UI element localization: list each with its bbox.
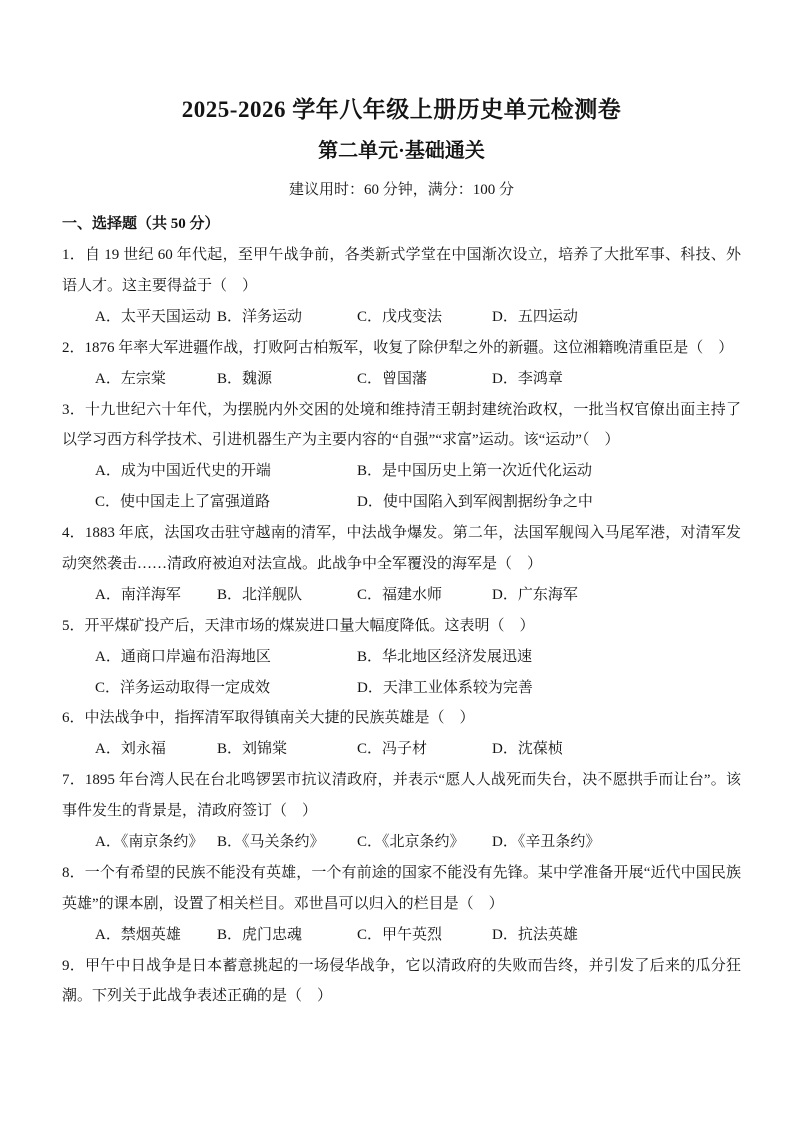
- option-row: A．太平天国运动B．洋务运动C．戊戌变法D．五四运动: [95, 302, 741, 333]
- answer-option: D．广东海军: [492, 580, 741, 611]
- question-block: 7．1895 年台湾人民在台北鸣锣罢市抗议清政府，并表示“愿人人战死而失台，决不…: [62, 765, 741, 858]
- question-block: 8．一个有希望的民族不能没有英雄，一个有前途的国家不能没有先锋。某中学准备开展“…: [62, 858, 741, 951]
- answer-option: D．抗法英雄: [492, 920, 741, 951]
- question-block: 5．开平煤矿投产后，天津市场的煤炭进口量大幅度降低。这表明（ ）A．通商口岸遍布…: [62, 611, 741, 704]
- option-row: A．《南京条约》B．《马关条约》C．《北京条约》D．《辛丑条约》: [95, 827, 741, 858]
- answer-option: D．《辛丑条约》: [492, 827, 741, 858]
- option-row: A．刘永福B．刘锦棠C．冯子材D．沈葆桢: [95, 734, 741, 765]
- answer-option: A．南洋海军: [95, 580, 217, 611]
- option-row: A．南洋海军B．北洋舰队C．福建水师D．广东海军: [95, 580, 741, 611]
- question-stem: 7．1895 年台湾人民在台北鸣锣罢市抗议清政府，并表示“愿人人战死而失台，决不…: [62, 765, 741, 827]
- answer-option: A．通商口岸遍布沿海地区: [95, 642, 357, 673]
- question-stem: 9．甲午中日战争是日本蓄意挑起的一场侵华战争，它以清政府的失败而告终，并引发了后…: [62, 951, 741, 1013]
- question-stem: 4．1883 年底，法国攻击驻守越南的清军，中法战争爆发。第二年，法国军舰闯入马…: [62, 518, 741, 580]
- option-row: A．左宗棠B．魏源C．曾国藩D．李鸿章: [95, 364, 741, 395]
- question-stem: 5．开平煤矿投产后，天津市场的煤炭进口量大幅度降低。这表明（ ）: [62, 611, 741, 642]
- exam-title: 2025-2026 学年八年级上册历史单元检测卷: [62, 94, 741, 126]
- answer-option: A．《南京条约》: [95, 827, 217, 858]
- question-block: 6．中法战争中，指挥清军取得镇南关大捷的民族英雄是（ ）A．刘永福B．刘锦棠C．…: [62, 703, 741, 765]
- exam-page: 2025-2026 学年八年级上册历史单元检测卷 第二单元·基础通关 建议用时：…: [0, 0, 793, 1122]
- answer-option: C．福建水师: [357, 580, 492, 611]
- exam-subtitle: 第二单元·基础通关: [62, 137, 741, 165]
- question-stem: 1．自 19 世纪 60 年代起，至甲午战争前，各类新式学堂在中国渐次设立，培养…: [62, 240, 741, 302]
- answer-option: B．虎门忠魂: [217, 920, 357, 951]
- answer-option: D．五四运动: [492, 302, 741, 333]
- answer-option: A．刘永福: [95, 734, 217, 765]
- answer-option: B．是中国历史上第一次近代化运动: [357, 456, 741, 487]
- question-block: 4．1883 年底，法国攻击驻守越南的清军，中法战争爆发。第二年，法国军舰闯入马…: [62, 518, 741, 611]
- question-stem: 2．1876 年率大军进疆作战，打败阿古柏叛军，收复了除伊犁之外的新疆。这位湘籍…: [62, 333, 741, 364]
- question-list: 1．自 19 世纪 60 年代起，至甲午战争前，各类新式学堂在中国渐次设立，培养…: [62, 240, 741, 1012]
- answer-option: C．洋务运动取得一定成效: [95, 673, 357, 704]
- question-stem: 3．十九世纪六十年代，为摆脱内外交困的处境和维持清王朝封建统治政权，一批当权官僚…: [62, 395, 741, 457]
- question-block: 2．1876 年率大军进疆作战，打败阿古柏叛军，收复了除伊犁之外的新疆。这位湘籍…: [62, 333, 741, 395]
- answer-option: B．刘锦棠: [217, 734, 357, 765]
- answer-option: A．左宗棠: [95, 364, 217, 395]
- option-row: A．禁烟英雄B．虎门忠魂C．甲午英烈D．抗法英雄: [95, 920, 741, 951]
- answer-option: B．北洋舰队: [217, 580, 357, 611]
- answer-option: C．戊戌变法: [357, 302, 492, 333]
- answer-option: B．洋务运动: [217, 302, 357, 333]
- question-block: 1．自 19 世纪 60 年代起，至甲午战争前，各类新式学堂在中国渐次设立，培养…: [62, 240, 741, 333]
- answer-option: D．李鸿章: [492, 364, 741, 395]
- answer-option: C．甲午英烈: [357, 920, 492, 951]
- question-stem: 8．一个有希望的民族不能没有英雄，一个有前途的国家不能没有先锋。某中学准备开展“…: [62, 858, 741, 920]
- answer-option: D．沈葆桢: [492, 734, 741, 765]
- answer-option: B．魏源: [217, 364, 357, 395]
- option-row: A．成为中国近代史的开端B．是中国历史上第一次近代化运动C．使中国走上了富强道路…: [95, 456, 741, 518]
- answer-option: A．禁烟英雄: [95, 920, 217, 951]
- answer-option: D．使中国陷入到军阀割据纷争之中: [357, 487, 741, 518]
- option-row: A．通商口岸遍布沿海地区B．华北地区经济发展迅速C．洋务运动取得一定成效D．天津…: [95, 642, 741, 704]
- question-block: 3．十九世纪六十年代，为摆脱内外交困的处境和维持清王朝封建统治政权，一批当权官僚…: [62, 395, 741, 519]
- section-heading: 一、选择题（共 50 分）: [62, 209, 741, 240]
- question-block: 9．甲午中日战争是日本蓄意挑起的一场侵华战争，它以清政府的失败而告终，并引发了后…: [62, 951, 741, 1013]
- answer-option: C．使中国走上了富强道路: [95, 487, 357, 518]
- answer-option: B．《马关条约》: [217, 827, 357, 858]
- answer-option: D．天津工业体系较为完善: [357, 673, 741, 704]
- answer-option: C．曾国藩: [357, 364, 492, 395]
- exam-meta-info: 建议用时：60 分钟，满分：100 分: [62, 175, 741, 205]
- answer-option: A．太平天国运动: [95, 302, 217, 333]
- question-stem: 6．中法战争中，指挥清军取得镇南关大捷的民族英雄是（ ）: [62, 703, 741, 734]
- answer-option: C．冯子材: [357, 734, 492, 765]
- answer-option: C．《北京条约》: [357, 827, 492, 858]
- answer-option: B．华北地区经济发展迅速: [357, 642, 741, 673]
- answer-option: A．成为中国近代史的开端: [95, 456, 357, 487]
